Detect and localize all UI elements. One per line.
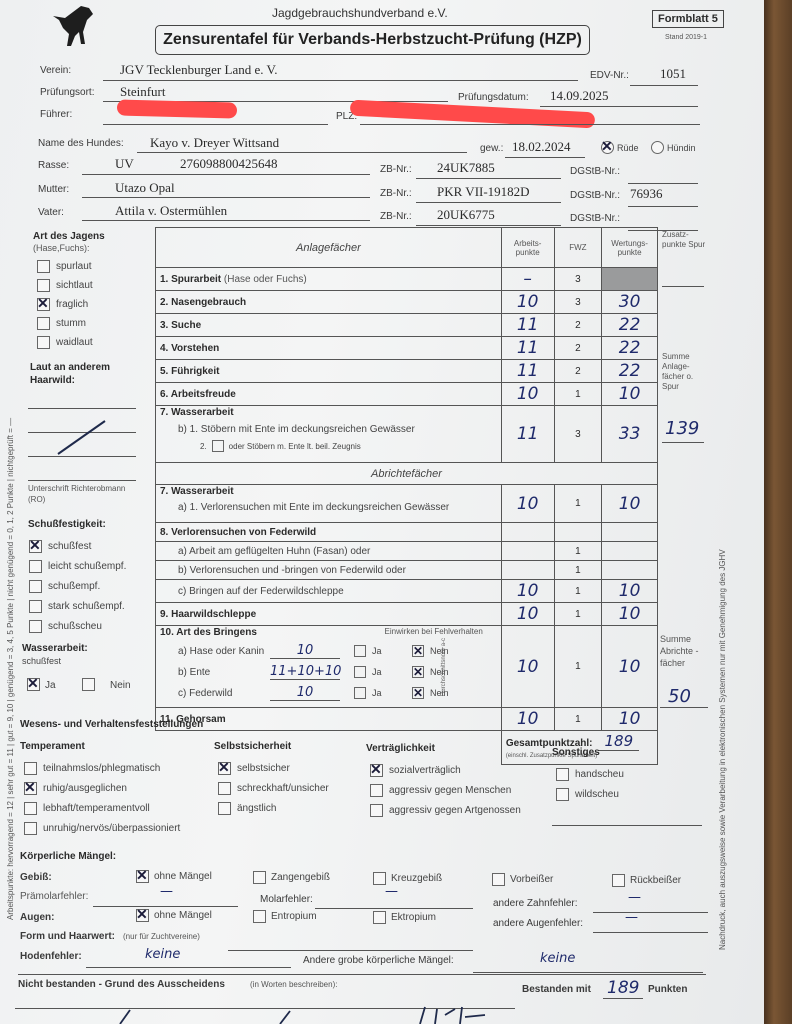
- wesen-option-checkbox[interactable]: [24, 802, 37, 815]
- h9-ap[interactable]: 10: [501, 603, 554, 626]
- hoden-label: Hodenfehler:: [20, 951, 82, 962]
- table-row: b) Verlorensuchen und -bringen von Feder…: [156, 561, 658, 580]
- table-row: 8. Verlorensuchen von Federwild: [156, 523, 658, 542]
- b10-ja-checkbox[interactable]: [354, 687, 366, 699]
- f8-fwz: 1: [554, 561, 602, 580]
- b10-einwirken: Einwirken bei Fehlverhalten: [385, 627, 483, 638]
- b10-wp[interactable]: 10: [602, 626, 658, 708]
- table-row: 5. Führigkeit11222: [156, 360, 658, 383]
- wesen-option-label: teilnahmslos/phlegmatisch: [43, 763, 160, 774]
- b10-header: 10. Art des BringensEinwirken bei Fehlve…: [160, 627, 497, 638]
- table-row: 3. Suche11222: [156, 314, 658, 337]
- wesen-option-checkbox[interactable]: [556, 788, 569, 801]
- b10-cell: 10. Art des BringensEinwirken bei Fehlve…: [156, 626, 502, 708]
- form-sheet: Jagdgebrauchshundverband e.V. Zensurenta…: [0, 0, 764, 1024]
- g11-title: 11. Gehorsam: [156, 708, 502, 731]
- rasse-field[interactable]: UV: [115, 156, 134, 172]
- anlage-row-label: 3. Suche: [156, 314, 502, 337]
- anlage-fwz: 2: [554, 337, 602, 360]
- score-table: AnlagefächerArbeits-punkteFWZWertungs-pu…: [155, 227, 658, 765]
- wesen-option-label: handscheu: [575, 769, 624, 780]
- anlage-wp[interactable]: 10: [602, 383, 658, 406]
- f8-ap[interactable]: 10: [501, 580, 554, 603]
- anlage-row-label: 1. Spurarbeit (Hase oder Fuchs): [156, 268, 502, 291]
- wood-background: [762, 0, 792, 1024]
- h9-fwz: 1: [554, 603, 602, 626]
- gebiss-checkbox[interactable]: [136, 870, 149, 883]
- vater-label: Vater:: [38, 207, 64, 218]
- gew-label: gew.:: [480, 143, 503, 154]
- right-margin-note: Nachdruck, auch auszugsweise sowie Verar…: [718, 390, 727, 950]
- jagen-option-label: fraglich: [56, 299, 88, 310]
- wesen-option-label: selbstsicher: [237, 763, 290, 774]
- jagen-option-checkbox[interactable]: [37, 279, 50, 292]
- wesen-title: Wesens- und Verhaltensfeststellungen: [20, 719, 203, 730]
- augen-checkbox[interactable]: [136, 909, 149, 922]
- wesen-option-checkbox[interactable]: [218, 762, 231, 775]
- b10-row-label: a) Hase oder Kanin: [178, 646, 270, 657]
- wesen-option-checkbox[interactable]: [218, 782, 231, 795]
- anlage-fwz: 3: [554, 291, 602, 314]
- b10-ja-label: Ja: [372, 646, 412, 656]
- jagen-option-label: spurlaut: [56, 261, 92, 272]
- table-row: Abrichtefächer: [156, 463, 658, 485]
- wesen-option-checkbox[interactable]: [370, 784, 383, 797]
- anlage-fwz: 2: [554, 314, 602, 337]
- f8-ap: [501, 523, 554, 542]
- praemolar-label: Prämolarfehler:: [20, 891, 88, 902]
- fuehrer-label: Führer:: [40, 109, 72, 120]
- andere-value[interactable]: keine: [540, 951, 575, 966]
- g11-fwz: 1: [554, 708, 602, 731]
- zahn-value[interactable]: —: [628, 890, 641, 905]
- jagen-sub: (Hase,Fuchs):: [33, 243, 90, 253]
- b10-ap[interactable]: 10: [501, 626, 554, 708]
- anlage-row-name: 1. Spurarbeit: [160, 274, 221, 285]
- b10-title: 10. Art des Bringens: [160, 627, 257, 638]
- b10-row-value[interactable]: 10: [270, 685, 340, 701]
- f8-fwz: [554, 523, 602, 542]
- anlage-row-name: 3. Suche: [160, 320, 201, 331]
- wesen-option-label: aggressiv gegen Artgenossen: [389, 805, 521, 816]
- wasser7-title: 7. Wasserarbeit: [160, 407, 497, 418]
- jagen-title: Art des Jagens: [33, 231, 105, 242]
- b10-ja-checkbox[interactable]: [354, 645, 366, 657]
- table-row: c) Bringen auf der Federwildschleppe1011…: [156, 580, 658, 603]
- wasser-ja-label: Ja: [45, 680, 56, 691]
- wasser7-b1: b) 1. Stöbern mit Ente im deckungsreiche…: [160, 424, 497, 435]
- huendin-label: Hündin: [667, 143, 696, 153]
- molar-label: Molarfehler:: [260, 894, 313, 905]
- chip-field[interactable]: 276098800425648: [180, 156, 278, 172]
- verein-field[interactable]: JGV Tecklenburger Land e. V.: [120, 62, 277, 78]
- bestanden-value[interactable]: 189: [607, 978, 639, 998]
- gew-field[interactable]: 18.02.2024: [512, 139, 571, 155]
- wasser7-b2-row: 2.oder Stöbern m. Ente lt. beil. Zeugnis: [160, 440, 497, 452]
- table-row: 9. Haarwildschleppe10110: [156, 603, 658, 626]
- wesen-group-title: Sonstiges: [552, 747, 600, 758]
- anlage-fwz: 2: [554, 360, 602, 383]
- schuss-option-label: schußfest: [48, 541, 91, 552]
- wesen-option-checkbox[interactable]: [556, 768, 569, 781]
- wesen-option-label: ängstlich: [237, 803, 276, 814]
- wesen-option-label: ruhig/ausgeglichen: [43, 783, 127, 794]
- wasser-sub: schußfest: [22, 656, 61, 666]
- wesen-option-label: sozialverträglich: [389, 765, 461, 776]
- summe-abrichte-value[interactable]: 50: [668, 686, 691, 707]
- wesen-group-title: Selbstsicherheit: [214, 741, 291, 752]
- table-row: a) Arbeit am geflügelten Huhn (Fasan) od…: [156, 542, 658, 561]
- wasser-nein-checkbox[interactable]: [82, 678, 95, 691]
- anlage-ap[interactable]: –: [501, 268, 554, 291]
- a7-wp[interactable]: 10: [602, 485, 658, 523]
- anlage-wp[interactable]: [602, 268, 658, 291]
- jagen-option-label: sichtlaut: [56, 280, 93, 291]
- b10-nein-checkbox[interactable]: ✕: [412, 666, 424, 678]
- gebiss-label: Gebiß:: [20, 872, 52, 883]
- hoden-value[interactable]: keine: [145, 947, 180, 962]
- b10-ja-label: Ja: [372, 688, 412, 698]
- schuss-option-checkbox[interactable]: [29, 620, 42, 633]
- jagen-option-checkbox[interactable]: [37, 298, 50, 311]
- koerper-title: Körperliche Mängel:: [20, 851, 116, 862]
- a7-title: 7. Wasserarbeit: [160, 486, 497, 497]
- punkten-label: Punkten: [648, 984, 687, 995]
- anlage-row-suffix: (Hase oder Fuchs): [221, 274, 307, 285]
- wasser7-cell: 7. Wasserarbeitb) 1. Stöbern mit Ente im…: [156, 406, 502, 463]
- wesen-option-checkbox[interactable]: [370, 804, 383, 817]
- laut-title: Laut an anderem Haarwild:: [30, 361, 140, 387]
- gebiss-label: ohne Mängel: [154, 871, 212, 882]
- col-fwz: FWZ: [554, 228, 602, 268]
- anlage-ap[interactable]: 10: [501, 291, 554, 314]
- augen-label: Entropium: [271, 911, 317, 922]
- wesen-option-checkbox[interactable]: [24, 822, 37, 835]
- andere-label: Andere grobe körperliche Mängel:: [303, 955, 454, 966]
- vater-dgstb-label: DGStB-Nr.:: [570, 213, 620, 224]
- h9-wp[interactable]: 10: [602, 603, 658, 626]
- vater-field[interactable]: Attila v. Ostermühlen: [115, 203, 227, 219]
- ruede-label: Rüde: [617, 143, 639, 153]
- zahn-label: andere Zahnfehler:: [493, 898, 578, 909]
- wesen-group-title: Verträglichkeit: [366, 743, 435, 754]
- anlage-row-label: 5. Führigkeit: [156, 360, 502, 383]
- f8-row-label: a) Arbeit am geflügelten Huhn (Fasan) od…: [156, 542, 502, 561]
- schuss-option-checkbox[interactable]: [29, 580, 42, 593]
- org-name: Jagdgebrauchshundverband e.V.: [272, 6, 448, 20]
- table-row: 7. Wasserarbeitb) 1. Stöbern mit Ente im…: [156, 406, 658, 463]
- summe-anlage-label: Summe Anlage-fächer o. Spur: [662, 352, 707, 392]
- zb-label: ZB-Nr.:: [380, 164, 412, 175]
- schuss-option-label: leicht schußempf.: [48, 561, 126, 572]
- table-row: AnlagefächerArbeits-punkteFWZWertungs-pu…: [156, 228, 658, 268]
- table-row: 4. Vorstehen11222: [156, 337, 658, 360]
- jagen-option-label: waidlaut: [56, 337, 93, 348]
- zb-field[interactable]: 24UK7885: [437, 160, 495, 176]
- wesen-option-label: lebhaft/temperamentvoll: [43, 803, 150, 814]
- wasser-title: Wasserarbeit:: [22, 643, 88, 654]
- edv-label: EDV-Nr.:: [590, 70, 629, 81]
- wesen-option-label: aggressiv gegen Menschen: [389, 785, 511, 796]
- jagen-option-checkbox[interactable]: [37, 317, 50, 330]
- redaction-fuehrer: [117, 99, 237, 118]
- f8-title: 8. Verlorensuchen von Federwild: [156, 523, 502, 542]
- augen-label: ohne Mängel: [154, 910, 212, 921]
- left-margin-note: Arbeitspunkte: hervorragend = 12 | sehr …: [6, 220, 15, 920]
- wasser7-b2-label: oder Stöbern m. Ente lt. beil. Zeugnis: [229, 442, 361, 451]
- f8-row-label: b) Verlorensuchen und -bringen von Feder…: [156, 561, 502, 580]
- anlage-row-label: 2. Nasengebrauch: [156, 291, 502, 314]
- anlage-ap[interactable]: 11: [501, 337, 554, 360]
- dog-logo-icon: [45, 2, 100, 47]
- table-row: 2. Nasengebrauch10330: [156, 291, 658, 314]
- summe-abrichte-label: Summe Abrichte - fächer: [660, 633, 705, 669]
- form-label: Formblatt 5: [652, 10, 724, 28]
- g11-ap[interactable]: 10: [501, 708, 554, 731]
- verein-label: Verein:: [40, 65, 71, 76]
- b10-row-value[interactable]: 11+10+10: [270, 664, 340, 680]
- mutter-dgstb-field[interactable]: 76936: [630, 186, 663, 202]
- dgstb-label: DGStB-Nr.:: [570, 166, 620, 177]
- b10-row-label: b) Ente: [178, 667, 270, 678]
- table-row: 11. Gehorsam10110: [156, 708, 658, 731]
- anlage-row-label: 6. Arbeitsfreude: [156, 383, 502, 406]
- b10-nein-checkbox[interactable]: ✕: [412, 687, 424, 699]
- augenfehler-value[interactable]: —: [625, 910, 638, 925]
- strike-mark-icon: [55, 418, 110, 458]
- wasser7-b2-checkbox[interactable]: [212, 440, 224, 452]
- datum-field[interactable]: 14.09.2025: [550, 88, 609, 104]
- ort-label: Prüfungsort:: [40, 87, 94, 98]
- anlage-fwz: 3: [554, 268, 602, 291]
- table-row: 7. Wasserarbeita) 1. Verlorensuchen mit …: [156, 485, 658, 523]
- zusatz-label: Zusatz-punkte Spur: [662, 230, 707, 250]
- mutter-field[interactable]: Utazo Opal: [115, 180, 175, 196]
- anlage-row-name: 2. Nasengebrauch: [160, 297, 246, 308]
- anlage-wp[interactable]: 22: [602, 314, 658, 337]
- jagen-option-checkbox[interactable]: [37, 260, 50, 273]
- b10-row-value[interactable]: 10: [270, 643, 340, 659]
- gebiss-label: Zangengebiß: [271, 872, 330, 883]
- augen-label: Augen:: [20, 912, 54, 923]
- bestanden-label: Bestanden mit: [522, 984, 591, 995]
- mutter-label: Mutter:: [38, 184, 69, 195]
- f8-ap[interactable]: [501, 561, 554, 580]
- mutter-dgstb-label: DGStB-Nr.:: [570, 190, 620, 201]
- huendin-radio[interactable]: [651, 141, 664, 154]
- gebiss-checkbox[interactable]: [253, 871, 266, 884]
- wesen-option-checkbox[interactable]: [218, 802, 231, 815]
- wasser7-ap[interactable]: 11: [501, 406, 554, 463]
- f8-fwz: 1: [554, 542, 602, 561]
- anlage-row-name: 6. Arbeitsfreude: [160, 389, 236, 400]
- f8-wp[interactable]: [602, 542, 658, 561]
- hund-field[interactable]: Kayo v. Dreyer Wittsand: [150, 135, 279, 151]
- b10-fwz: 1: [554, 626, 602, 708]
- schuss-option-label: stark schußempf.: [48, 601, 125, 612]
- b10-durchschnitt: Durchschnittsnote a-c: [441, 638, 447, 696]
- jagen-option-label: stumm: [56, 318, 86, 329]
- f8-wp: [602, 523, 658, 542]
- mutter-zb-label: ZB-Nr.:: [380, 188, 412, 199]
- abrichte-header: Abrichtefächer: [156, 463, 658, 485]
- f8-fwz: 1: [554, 580, 602, 603]
- b10-nein-checkbox[interactable]: ✕: [412, 645, 424, 657]
- augen-checkbox[interactable]: [253, 910, 266, 923]
- signature-label: Unterschrift Richterobmann (RO): [28, 483, 138, 505]
- gebiss-checkbox[interactable]: [612, 874, 625, 887]
- a7-cell: 7. Wasserarbeita) 1. Verlorensuchen mit …: [156, 485, 502, 523]
- ruede-radio[interactable]: [601, 141, 614, 154]
- gesamt-value[interactable]: 189: [599, 732, 640, 751]
- anlage-ap[interactable]: 11: [501, 314, 554, 337]
- schuss-option-label: schußscheu: [48, 621, 102, 632]
- anlage-row-name: 5. Führigkeit: [160, 366, 219, 377]
- gebiss-label: Kreuzgebiß: [391, 873, 442, 884]
- augen-checkbox[interactable]: [373, 911, 386, 924]
- b10-row-label: c) Federwild: [178, 688, 270, 699]
- h9-title: 9. Haarwildschleppe: [156, 603, 502, 626]
- augen-label: Ektropium: [391, 912, 436, 923]
- gebiss-label: Vorbeißer: [510, 874, 553, 885]
- form-haarwert-note: (nur für Zuchtvereine): [123, 932, 200, 941]
- wesen-option-checkbox[interactable]: [370, 764, 383, 777]
- schuss-option-checkbox[interactable]: [29, 560, 42, 573]
- form-haarwert-label: Form und Haarwert:: [20, 931, 115, 942]
- b10-ja-label: Ja: [372, 667, 412, 677]
- gebiss-checkbox[interactable]: [373, 872, 386, 885]
- a7-a: a) 1. Verlorensuchen mit Ente im deckung…: [160, 502, 497, 513]
- wesen-option-label: unruhig/nervös/überpassioniert: [43, 823, 180, 834]
- schuss-title: Schußfestigkeit:: [28, 519, 106, 530]
- mutter-zb-field[interactable]: PKR VII-19182D: [437, 184, 530, 200]
- schuss-option-checkbox[interactable]: [29, 600, 42, 613]
- ort-field[interactable]: Steinfurt: [120, 84, 166, 100]
- wasser7-wp[interactable]: 33: [602, 406, 658, 463]
- gebiss-label: Rückbeißer: [630, 875, 681, 886]
- praemolar-value[interactable]: —: [160, 884, 173, 899]
- wasser7-b2-num: 2.: [200, 442, 207, 451]
- anlage-row-name: 4. Vorstehen: [160, 343, 219, 354]
- summe-anlage-value[interactable]: 139: [665, 418, 699, 439]
- nicht-bestanden-note: (in Worten beschreiben):: [250, 980, 337, 989]
- table-row: 6. Arbeitsfreude10110: [156, 383, 658, 406]
- hund-label: Name des Hundes:: [38, 138, 124, 149]
- page-title: Zensurentafel für Verbands-Herbstzucht-P…: [155, 25, 590, 55]
- anlage-wp[interactable]: 22: [602, 360, 658, 383]
- f8-wp[interactable]: [602, 561, 658, 580]
- anlage-wp[interactable]: 30: [602, 291, 658, 314]
- a7-fwz: 1: [554, 485, 602, 523]
- rasse-label: Rasse:: [38, 160, 69, 171]
- vater-zb-field[interactable]: 20UK6775: [437, 207, 495, 223]
- vater-zb-label: ZB-Nr.:: [380, 211, 412, 222]
- signature-marks-icon: [100, 1005, 600, 1024]
- wesen-group-title: Temperament: [20, 741, 85, 752]
- augenfehler-label: andere Augenfehler:: [493, 918, 583, 929]
- nicht-bestanden-label: Nicht bestanden - Grund des Ausscheidens: [18, 979, 225, 990]
- b10-ja-checkbox[interactable]: [354, 666, 366, 678]
- jagen-option-checkbox[interactable]: [37, 336, 50, 349]
- table-row: 1. Spurarbeit (Hase oder Fuchs)–3: [156, 268, 658, 291]
- f8-wp[interactable]: 10: [602, 580, 658, 603]
- wasser-nein-label: Nein: [110, 680, 131, 691]
- wesen-option-checkbox[interactable]: [24, 782, 37, 795]
- anlage-fwz: 1: [554, 383, 602, 406]
- col-arbeit: Arbeits-punkte: [501, 228, 554, 268]
- datum-label: Prüfungsdatum:: [458, 92, 529, 103]
- f8-row-label: c) Bringen auf der Federwildschleppe: [156, 580, 502, 603]
- wesen-option-checkbox[interactable]: [24, 762, 37, 775]
- anlage-row-label: 4. Vorstehen: [156, 337, 502, 360]
- anlage-header: Anlagefächer: [156, 228, 502, 268]
- wasser7-fwz: 3: [554, 406, 602, 463]
- g11-wp[interactable]: 10: [602, 708, 658, 731]
- gebiss-checkbox[interactable]: [492, 873, 505, 886]
- molar-value[interactable]: —: [385, 884, 398, 899]
- a7-ap[interactable]: 10: [501, 485, 554, 523]
- schuss-option-checkbox[interactable]: [29, 540, 42, 553]
- wasser-ja-checkbox[interactable]: [27, 678, 40, 691]
- wesen-option-label: wildscheu: [575, 789, 619, 800]
- table-row: 10. Art des BringensEinwirken bei Fehlve…: [156, 626, 658, 708]
- anlage-wp[interactable]: 22: [602, 337, 658, 360]
- f8-ap[interactable]: [501, 542, 554, 561]
- schuss-option-label: schußempf.: [48, 581, 100, 592]
- edv-field[interactable]: 1051: [660, 66, 686, 82]
- anlage-ap[interactable]: 11: [501, 360, 554, 383]
- table-blank: [156, 731, 502, 765]
- form-version: Stand 2019-1: [665, 34, 707, 41]
- wesen-option-label: schreckhaft/unsicher: [237, 783, 329, 794]
- anlage-ap[interactable]: 10: [501, 383, 554, 406]
- col-wertung: Wertungs-punkte: [602, 228, 658, 268]
